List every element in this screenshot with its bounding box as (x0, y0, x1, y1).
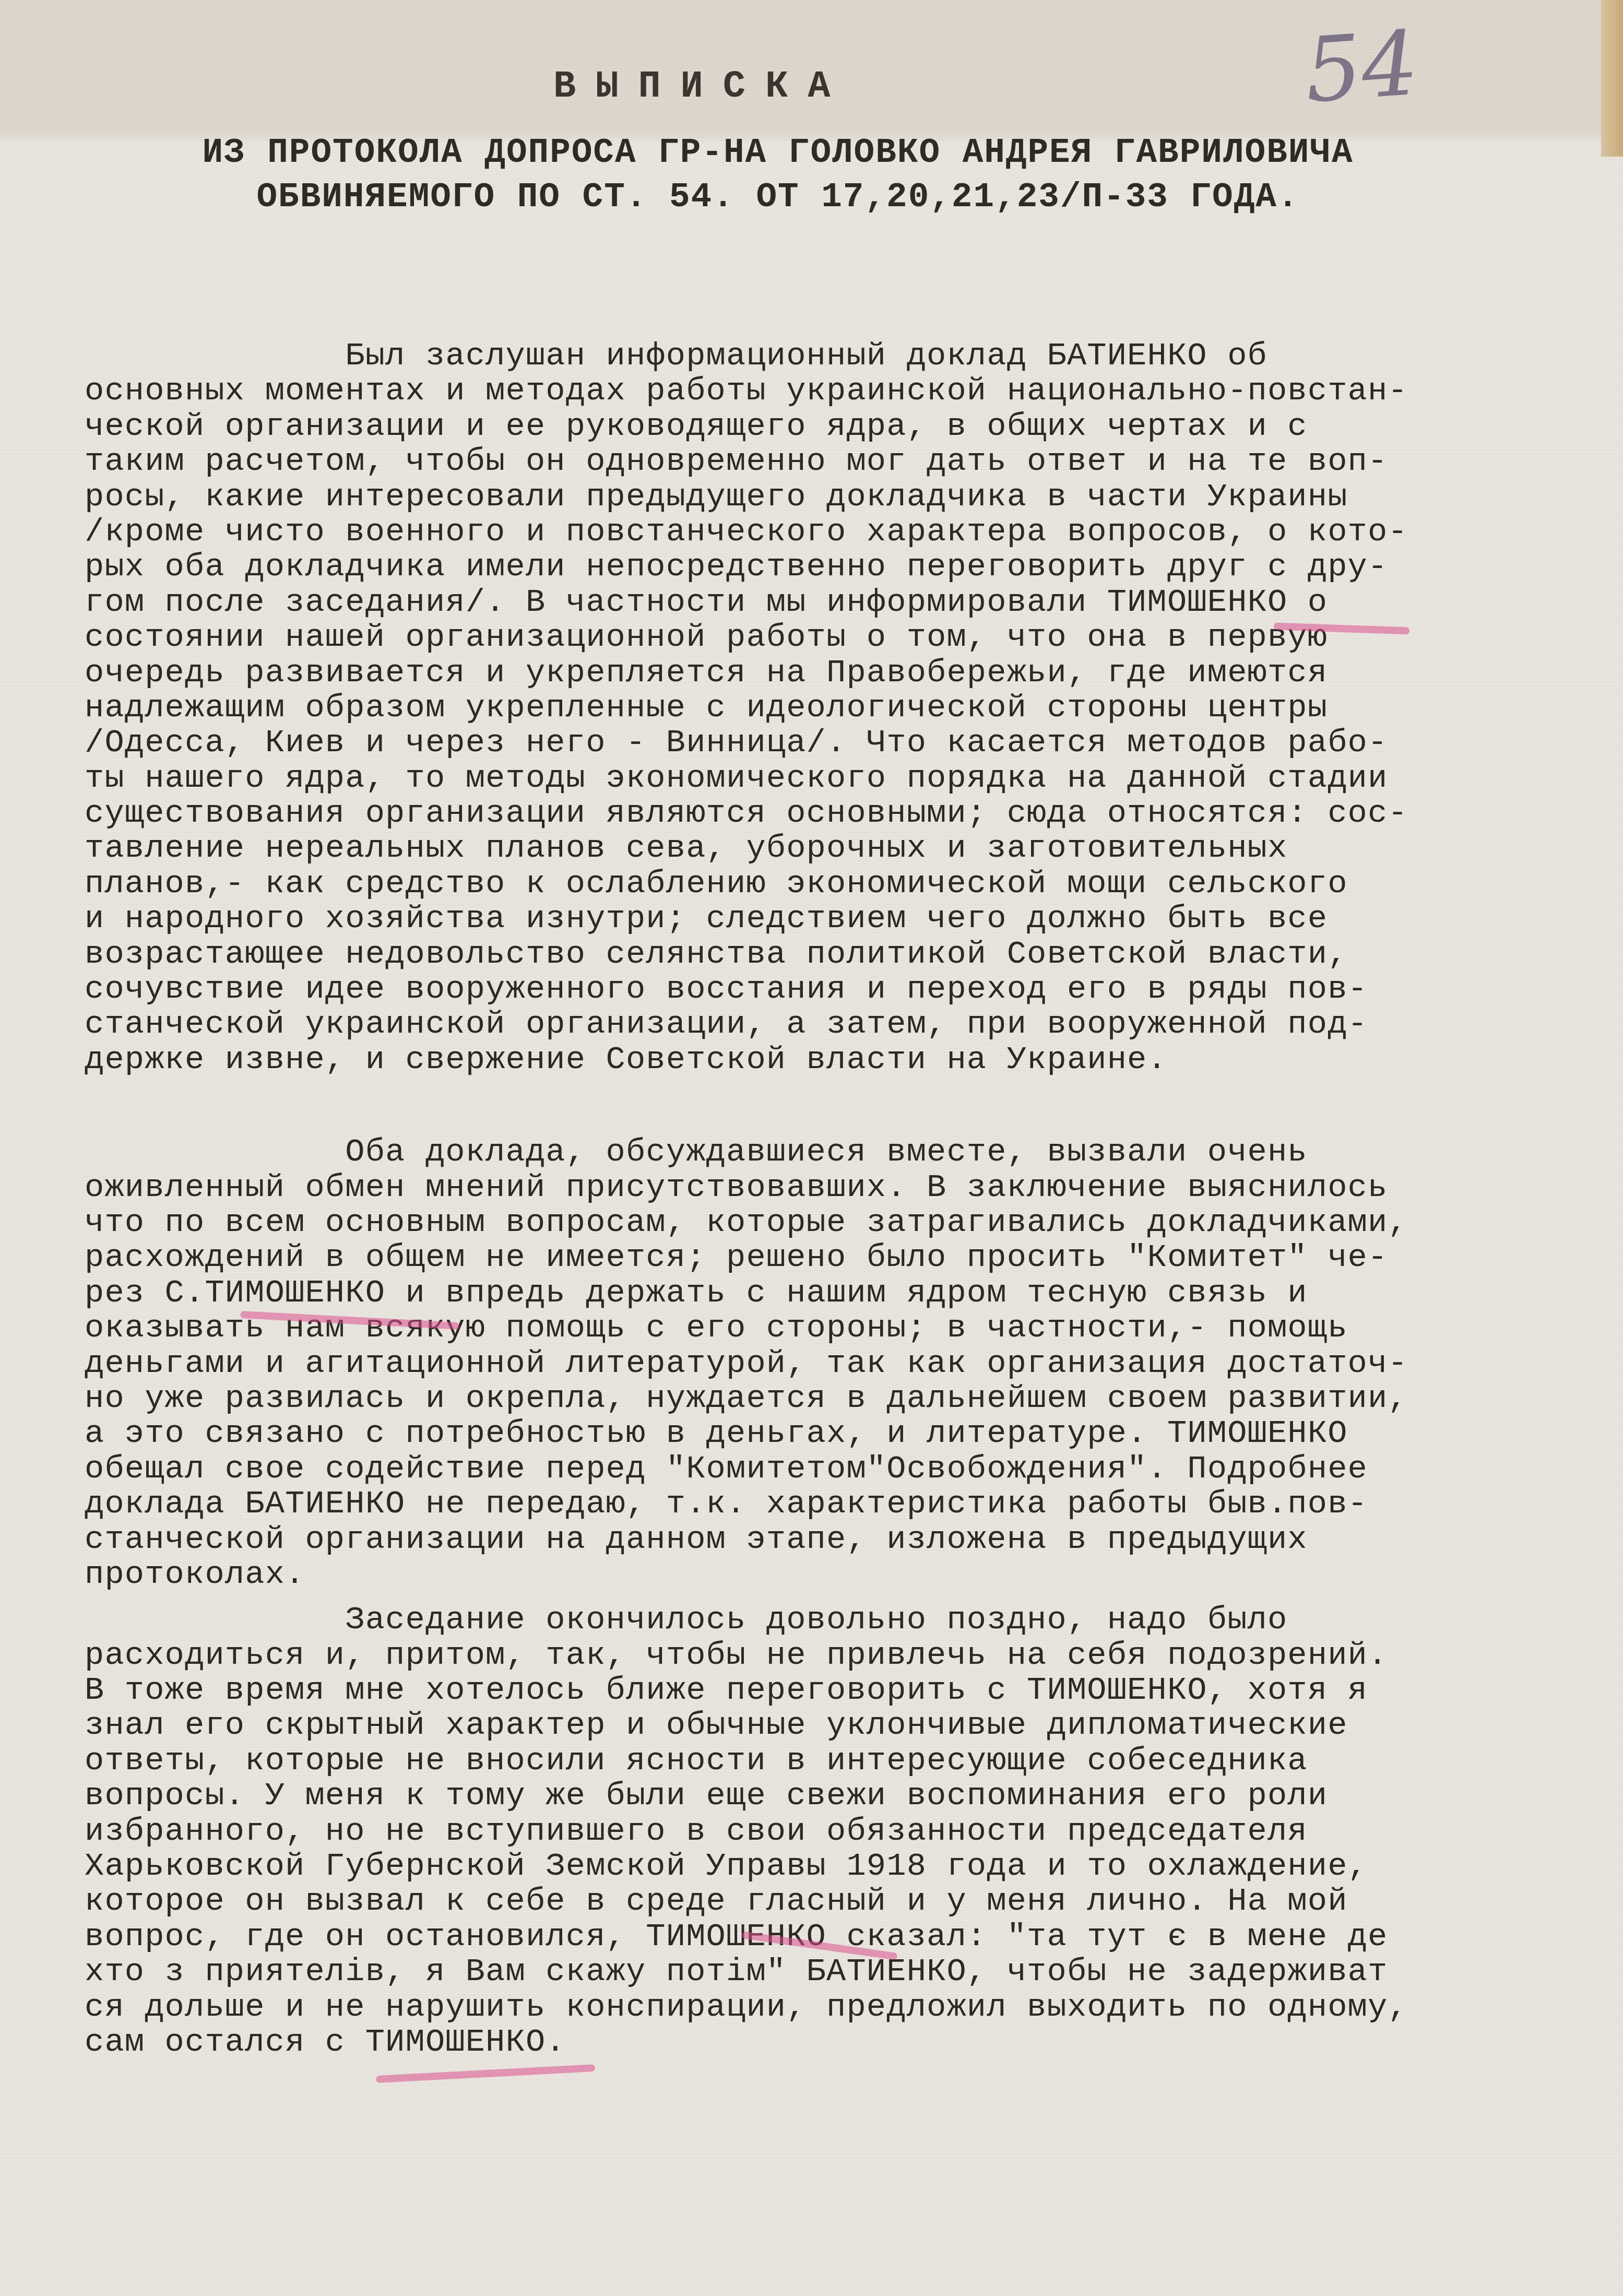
document-title: ВЫПИСКА (553, 65, 850, 108)
text-line: расхождений в общем не имеется; решено б… (85, 1240, 1578, 1275)
paragraph-gap (85, 1592, 1578, 1602)
text-line: избранного, но не вступившего в свои обя… (85, 1814, 1578, 1849)
text-line: знал его скрытный характер и обычные укл… (85, 1708, 1578, 1743)
text-line: протоколах. (85, 1557, 1578, 1592)
text-line: рез С.ТИМОШЕНКО и впредь держать с нашим… (85, 1275, 1578, 1310)
text-line: доклада БАТИЕНКО не передаю, т.к. характ… (85, 1486, 1578, 1521)
text-line: тавление нереальных планов сева, уборочн… (85, 831, 1578, 866)
text-line: очередь развивается и укрепляется на Пра… (85, 655, 1578, 690)
text-line: сочувствие идее вооруженного восстания и… (85, 972, 1578, 1007)
handwritten-page-number: 54 (1301, 12, 1421, 123)
text-line: хто з приятелів, я Вам скажу потім" БАТИ… (85, 1954, 1578, 1989)
text-line: деньгами и агитационной литературой, так… (85, 1346, 1578, 1381)
document-body: Был заслушан информационный доклад БАТИЕ… (85, 338, 1578, 2060)
text-line: обещал свое содействие перед "Комитетом"… (85, 1451, 1578, 1486)
text-line: Оба доклада, обсуждавшиеся вместе, вызва… (85, 1134, 1578, 1169)
text-line: станческой украинской организации, а зат… (85, 1007, 1578, 1042)
text-line: сам остался с ТИМОШЕНКО. (85, 2025, 1578, 2060)
paragraph-gap (85, 1077, 1578, 1134)
text-line: гом после заседания/. В частности мы инф… (85, 585, 1578, 620)
text-line: которое он вызвал к себе в среде гласный… (85, 1884, 1578, 1919)
text-line: ответы, которые не вносили ясности в инт… (85, 1743, 1578, 1778)
document-page: 54 ВЫПИСКА ИЗ ПРОТОКОЛА ДОПРОСА ГР-НА ГО… (0, 0, 1623, 2296)
text-line: расходиться и, притом, так, чтобы не при… (85, 1638, 1578, 1673)
text-line: В тоже время мне хотелось ближе перегово… (85, 1673, 1578, 1708)
text-line: но уже развилась и окрепла, нуждается в … (85, 1381, 1578, 1416)
text-line: вопросы. У меня к тому же были еще свежи… (85, 1778, 1578, 1813)
text-line: а это связано с потребностью в деньгах, … (85, 1416, 1578, 1451)
paragraph-1: Был заслушан информационный доклад БАТИЕ… (85, 338, 1578, 1077)
text-line: что по всем основным вопросам, которые з… (85, 1205, 1578, 1240)
text-line: существования организации являются основ… (85, 796, 1578, 831)
text-line: планов,- как средство к ослаблению эконо… (85, 866, 1578, 901)
paragraph-2: Оба доклада, обсуждавшиеся вместе, вызва… (85, 1134, 1578, 1592)
paragraph-3: Заседание окончилось довольно поздно, на… (85, 1602, 1578, 2060)
text-line: держке извне, и свержение Советской влас… (85, 1042, 1578, 1077)
pink-underline-mark (376, 2064, 595, 2083)
text-line: Харьковской Губернской Земской Управы 19… (85, 1849, 1578, 1884)
text-line: ты нашего ядра, то методы экономического… (85, 761, 1578, 796)
text-line: ся дольше и не нарушить конспирации, пре… (85, 1990, 1578, 2025)
text-line: рых оба докладчика имели непосредственно… (85, 549, 1578, 584)
text-line: возрастающее недовольство селянства поли… (85, 937, 1578, 972)
folder-edge (1601, 0, 1623, 157)
text-line: /Одесса, Киев и через него - Винница/. Ч… (85, 725, 1578, 760)
text-line: основных моментах и методах работы украи… (85, 373, 1578, 408)
text-line: /кроме чисто военного и повстанческого х… (85, 514, 1578, 549)
text-line: и народного хозяйства изнутри; следствие… (85, 901, 1578, 936)
text-line: станческой организации на данном этапе, … (85, 1522, 1578, 1557)
text-line: оживленный обмен мнений присутствовавших… (85, 1170, 1578, 1205)
text-line: Заседание окончилось довольно поздно, на… (85, 1602, 1578, 1637)
text-line: Был заслушан информационный доклад БАТИЕ… (85, 338, 1578, 373)
document-subtitle: ИЗ ПРОТОКОЛА ДОПРОСА ГР-НА ГОЛОВКО АНДРЕ… (157, 131, 1399, 219)
text-line: ческой организации и ее руководящего ядр… (85, 409, 1578, 444)
archive-watermark (9, 783, 67, 2088)
text-line: таким расчетом, чтобы он одновременно мо… (85, 444, 1578, 479)
text-line: росы, какие интересовали предыдущего док… (85, 479, 1578, 514)
text-line: надлежащим образом укрепленные с идеолог… (85, 690, 1578, 725)
